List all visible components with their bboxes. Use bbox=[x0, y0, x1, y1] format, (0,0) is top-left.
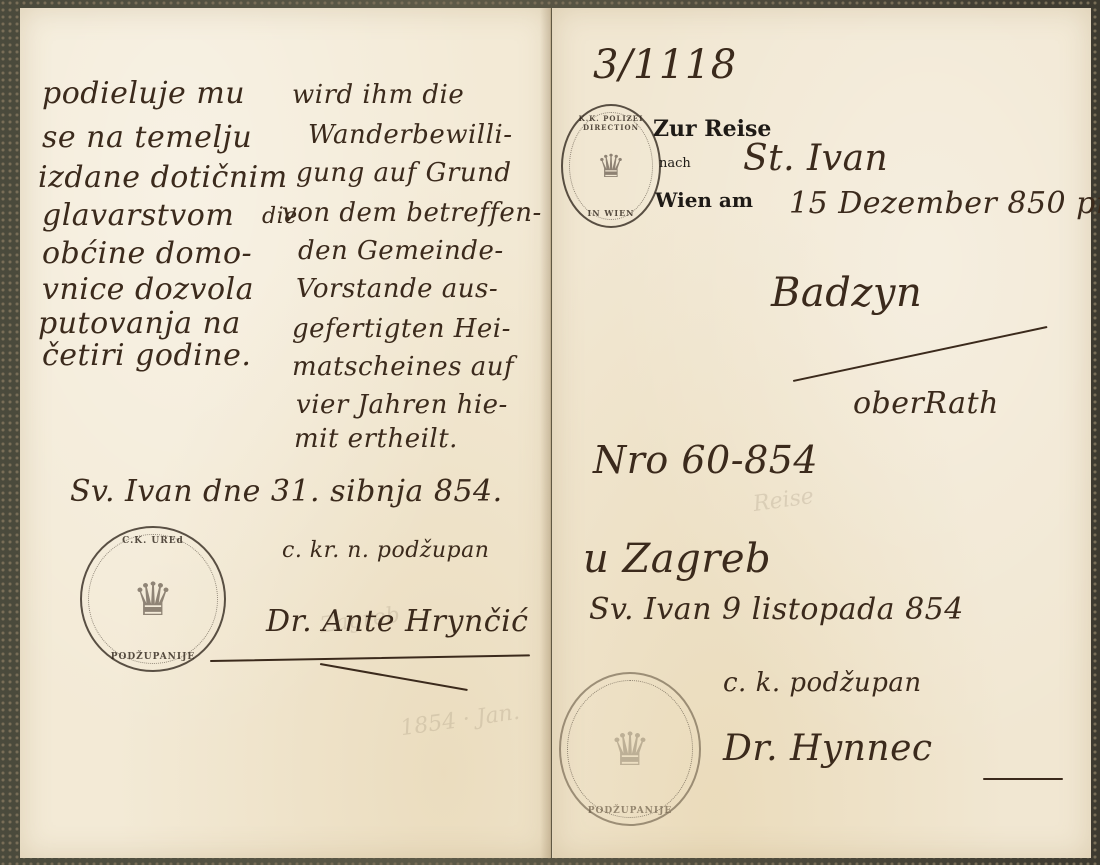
german-line: gefertigten Hei- bbox=[292, 314, 511, 344]
german-line: Vorstande aus- bbox=[296, 274, 498, 304]
visa-number: Nro 60-854 bbox=[593, 438, 818, 482]
official-title: c. k. podžupan bbox=[723, 668, 922, 698]
official-seal-stamp: ♛ PODŽUPANIJE bbox=[559, 672, 701, 826]
signature-flourish bbox=[793, 326, 1048, 382]
stamp-legend: IN WIEN bbox=[563, 208, 659, 218]
destination: u Zagreb bbox=[583, 536, 771, 582]
visa-place: St. Ivan bbox=[743, 138, 888, 179]
open-book: 1854 · Jan. Zagreb podieluje mu se na te… bbox=[0, 0, 1100, 865]
german-line: mit ertheilt. bbox=[294, 424, 458, 454]
place-date: Sv. Ivan 9 listopada 854 bbox=[589, 592, 964, 627]
stamp-ring bbox=[567, 680, 693, 818]
stamp-legend: K.K. POLIZEI DIRECTION bbox=[563, 114, 659, 132]
german-line: gung auf Grund bbox=[296, 158, 512, 188]
german-line: vier Jahren hie- bbox=[296, 390, 508, 420]
police-direction-stamp: K.K. POLIZEI DIRECTION ♛ IN WIEN bbox=[561, 104, 661, 228]
signature-title: oberRath bbox=[853, 386, 999, 421]
german-line: von dem betreffen- bbox=[282, 198, 542, 228]
signature-flourish bbox=[320, 663, 468, 691]
signature-flourish bbox=[210, 654, 530, 662]
croatian-line: izdane dotičnim bbox=[38, 160, 288, 195]
official-seal-stamp: C.K. UREd ♛ PODŽUPANIJE bbox=[80, 526, 226, 672]
visa-date: 15 Dezember 850 prian bbox=[789, 186, 1100, 221]
croatian-line: obćine domo- bbox=[42, 236, 252, 271]
right-page: Reise 3/1118 K.K. POLIZEI DIRECTION ♛ IN… bbox=[552, 8, 1091, 858]
croatian-line: podieluje mu bbox=[42, 76, 245, 111]
stamp-legend: C.K. UREd bbox=[82, 536, 224, 546]
bleed-through-text: 1854 · Jan. bbox=[399, 700, 521, 741]
german-line: Wanderbewilli- bbox=[308, 120, 513, 150]
stamp-legend: PODŽUPANIJE bbox=[82, 652, 224, 662]
signature-flourish bbox=[983, 778, 1063, 780]
stamp-ring bbox=[88, 534, 218, 664]
left-page: 1854 · Jan. Zagreb podieluje mu se na te… bbox=[20, 8, 551, 858]
german-line: wird ihm die bbox=[292, 80, 464, 110]
printed-label: Wien am bbox=[655, 188, 753, 212]
signature: Dr. Ante Hrynčić bbox=[266, 604, 528, 639]
signature: Badzyn bbox=[771, 270, 922, 316]
official-title: c. kr. n. podžupan bbox=[282, 538, 489, 563]
german-line: den Gemeinde- bbox=[298, 236, 504, 266]
place-date: Sv. Ivan dne 31. sibnja 854. bbox=[70, 474, 503, 509]
croatian-line: četiri godine. bbox=[42, 338, 251, 373]
german-line: matscheines auf bbox=[292, 352, 514, 382]
croatian-line: putovanja na bbox=[38, 306, 241, 341]
croatian-line: vnice dozvola bbox=[42, 272, 254, 307]
croatian-line: se na temelju bbox=[42, 120, 252, 155]
croatian-line: glavarstvom bbox=[42, 198, 234, 233]
document-number: 3/1118 bbox=[593, 42, 737, 88]
printed-label: nach bbox=[659, 156, 691, 171]
signature: Dr. Hynnec bbox=[723, 728, 933, 769]
bleed-through-text: Reise bbox=[752, 484, 816, 517]
stamp-legend: PODŽUPANIJE bbox=[561, 806, 699, 816]
